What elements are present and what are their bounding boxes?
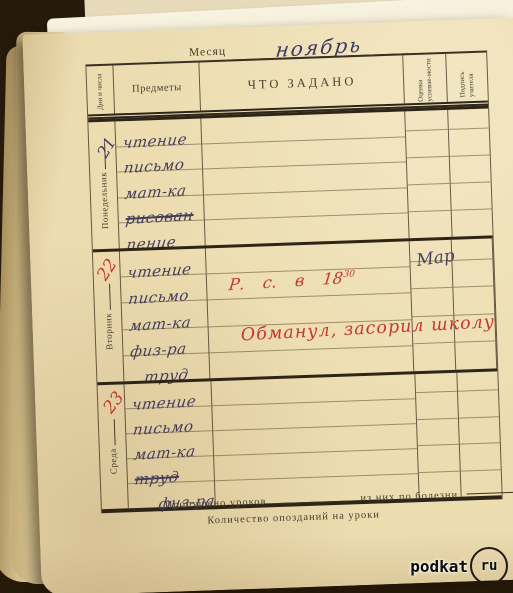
ruled-row (451, 182, 492, 210)
header-grade-label: Оценка успевае-мости (415, 55, 435, 102)
ruled-row (409, 211, 452, 238)
tuesday-date-number: 22 (93, 255, 122, 284)
ruled-row (452, 238, 492, 260)
subject-entry: мат-ка (124, 183, 187, 202)
monday-signature-cell (448, 108, 492, 236)
late-count-label: Количество опозданий на уроки (207, 510, 380, 527)
header-grade-cell: Оценка успевае-мости (404, 54, 448, 103)
meeting-time-superscript: 30 (343, 269, 356, 280)
diary-table: Дни и числа Предметы ЧТО ЗАДАНО Оценка у… (85, 50, 502, 513)
wednesday-day-cell: Среда 23 (98, 384, 129, 509)
wednesday-signature-cell (458, 371, 502, 496)
header-subjects-cell: Предметы (113, 63, 201, 114)
day-block-monday: Понедельник 21 чтение письмо мат-ка рисо… (88, 105, 492, 249)
missed-lessons-blank (274, 489, 352, 504)
subject-entry: физ-ра (129, 341, 187, 360)
sick-lessons-label: из них по болезни (360, 490, 458, 504)
subject-entry: чтение (126, 262, 192, 281)
subject-row: чтение (115, 119, 201, 148)
ruled-row (448, 108, 488, 129)
missed-lessons-label: Пропущено уроков (165, 496, 267, 511)
ruled-row (406, 130, 449, 158)
header-days-label: Дни и числа (95, 70, 105, 110)
ruled-row (416, 419, 459, 447)
sick-lessons-blank (466, 481, 513, 495)
month-label: Месяц (189, 46, 226, 59)
header-signature-cell: Подпись учителя (446, 53, 487, 102)
ruled-row (407, 157, 450, 185)
ruled-row (454, 287, 495, 316)
ruled-row (450, 155, 491, 183)
tuesday-name-label: Вторник (102, 284, 114, 350)
subject-entry: письмо (127, 289, 189, 308)
header-signature-label: Подпись учителя (457, 57, 477, 98)
watermark-ru-badge: ru (470, 547, 508, 585)
subject-entry: письмо (132, 419, 194, 438)
tuesday-tasks-cell (206, 241, 414, 378)
header-days-cell: Дни и числа (86, 66, 115, 115)
subject-entry: мат-ка (128, 315, 191, 334)
monday-grade-cell (406, 110, 453, 238)
ruled-row (456, 342, 497, 370)
subject-row: чтение (120, 248, 206, 277)
diary-photo: Месяцноябрь Дни и числа Предметы ЧТО ЗАД… (0, 0, 513, 593)
header-tasks-label: ЧТО ЗАДАНО (200, 55, 405, 110)
ruled-row (416, 392, 459, 420)
header-subjects-label: Предметы (113, 63, 200, 114)
ruled-row (449, 128, 490, 156)
ruled-row (453, 259, 494, 288)
subject-entry: чтение (131, 394, 197, 413)
subject-entry: чтение (122, 132, 188, 151)
ruled-row (415, 373, 457, 394)
ruled-row (452, 209, 493, 236)
watermark: podkat ru (410, 547, 508, 585)
subject-entry: письмо (123, 157, 185, 176)
ruled-row (460, 443, 501, 471)
monday-tasks-cell (202, 111, 410, 245)
watermark-text: podkat (410, 557, 468, 576)
subject-row: чтение (124, 381, 211, 409)
date-blank-line (109, 284, 111, 310)
tuesday-subjects-cell: чтение письмо мат-ка физ-ра труд (120, 248, 211, 381)
header-tasks-cell: ЧТО ЗАДАНО (200, 55, 406, 110)
ruled-row (458, 391, 499, 419)
ruled-row (408, 184, 451, 212)
ruled-row (458, 371, 498, 392)
wednesday-tasks-cell (211, 374, 419, 505)
wednesday-grade-cell (415, 373, 462, 498)
wednesday-name-label: Среда (107, 419, 119, 474)
footer-late-count: Количество опозданий на уроки (207, 510, 380, 527)
subject-entry: мат-ка (133, 444, 196, 463)
ruled-row (406, 110, 448, 131)
ruled-row (459, 417, 500, 445)
ruled-row (411, 288, 454, 317)
subject-entry-struck: труд (134, 470, 180, 488)
wednesday-subjects-cell: чтение письмо мат-ка труд физ-ра (124, 381, 215, 508)
tuesday-signature-cell (452, 238, 497, 369)
ruled-row (417, 445, 460, 473)
ruled-row (413, 343, 456, 371)
monday-day-cell: Понедельник 21 (88, 121, 119, 249)
date-blank-line (114, 419, 116, 445)
diary-page: Месяцноябрь Дни и числа Предметы ЧТО ЗАД… (22, 18, 513, 593)
day-block-tuesday: Вторник 22 чтение письмо мат-ка физ-ра т… (93, 235, 497, 382)
monday-subjects-cell: чтение письмо мат-ка рисован пение (115, 118, 206, 248)
